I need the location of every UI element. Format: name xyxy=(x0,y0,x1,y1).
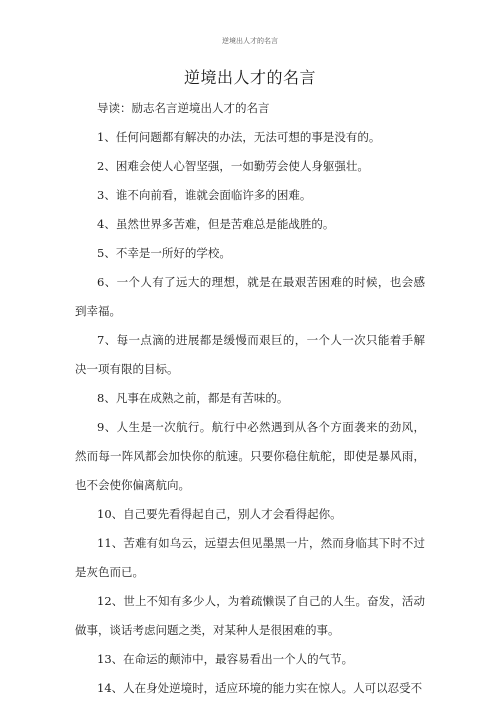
page-header: 逆境出人才的名言 xyxy=(0,36,500,46)
quote-item: 6、一个人有了远大的理想，就是在最艰苦困难的时候，也会感 到幸福。 xyxy=(75,268,425,326)
quote-item: 2、困难会使人心智坚强，一如勤劳会使人身躯强壮。 xyxy=(75,152,425,181)
quote-item: 12、世上不知有多少人，为着疏懒误了自己的人生。奋发，活动做事，谈话考虑问题之类… xyxy=(75,587,425,645)
quote-item: 10、自己要先看得起自己，别人才会看得起你。 xyxy=(75,500,425,529)
intro-paragraph: 导读：励志名言逆境出人才的名言 xyxy=(75,94,425,123)
quote-item: 3、谁不向前看，谁就会面临许多的困难。 xyxy=(75,181,425,210)
quote-item: 5、不幸是一所好的学校。 xyxy=(75,239,425,268)
quote-item: 8、凡事在成熟之前，都是有苦味的。 xyxy=(75,384,425,413)
quote-item: 13、在命运的颠沛中，最容易看出一个人的气节。 xyxy=(75,645,425,674)
quote-item: 11、苦难有如乌云，远望去但见墨黑一片，然而身临其下时不过是灰色而已。 xyxy=(75,529,425,587)
quote-item: 14、人在身处逆境时，适应环境的能力实在惊人。人可以忍受不 xyxy=(75,674,425,703)
document-title: 逆境出人才的名言 xyxy=(0,65,500,88)
quote-item: 4、虽然世界多苦难，但是苦难总是能战胜的。 xyxy=(75,210,425,239)
quote-item: 9、人生是一次航行。航行中必然遇到从各个方面袭来的劲风， 然而每一阵风都会加快你… xyxy=(75,413,425,500)
quote-item: 7、每一点滴的进展都是缓慢而艰巨的，一个人一次只能着手解 决一项有限的目标。 xyxy=(75,326,425,384)
document-body: 导读：励志名言逆境出人才的名言 1、任何问题都有解决的办法，无法可想的事是没有的… xyxy=(75,94,425,703)
quote-item: 1、任何问题都有解决的办法，无法可想的事是没有的。 xyxy=(75,123,425,152)
